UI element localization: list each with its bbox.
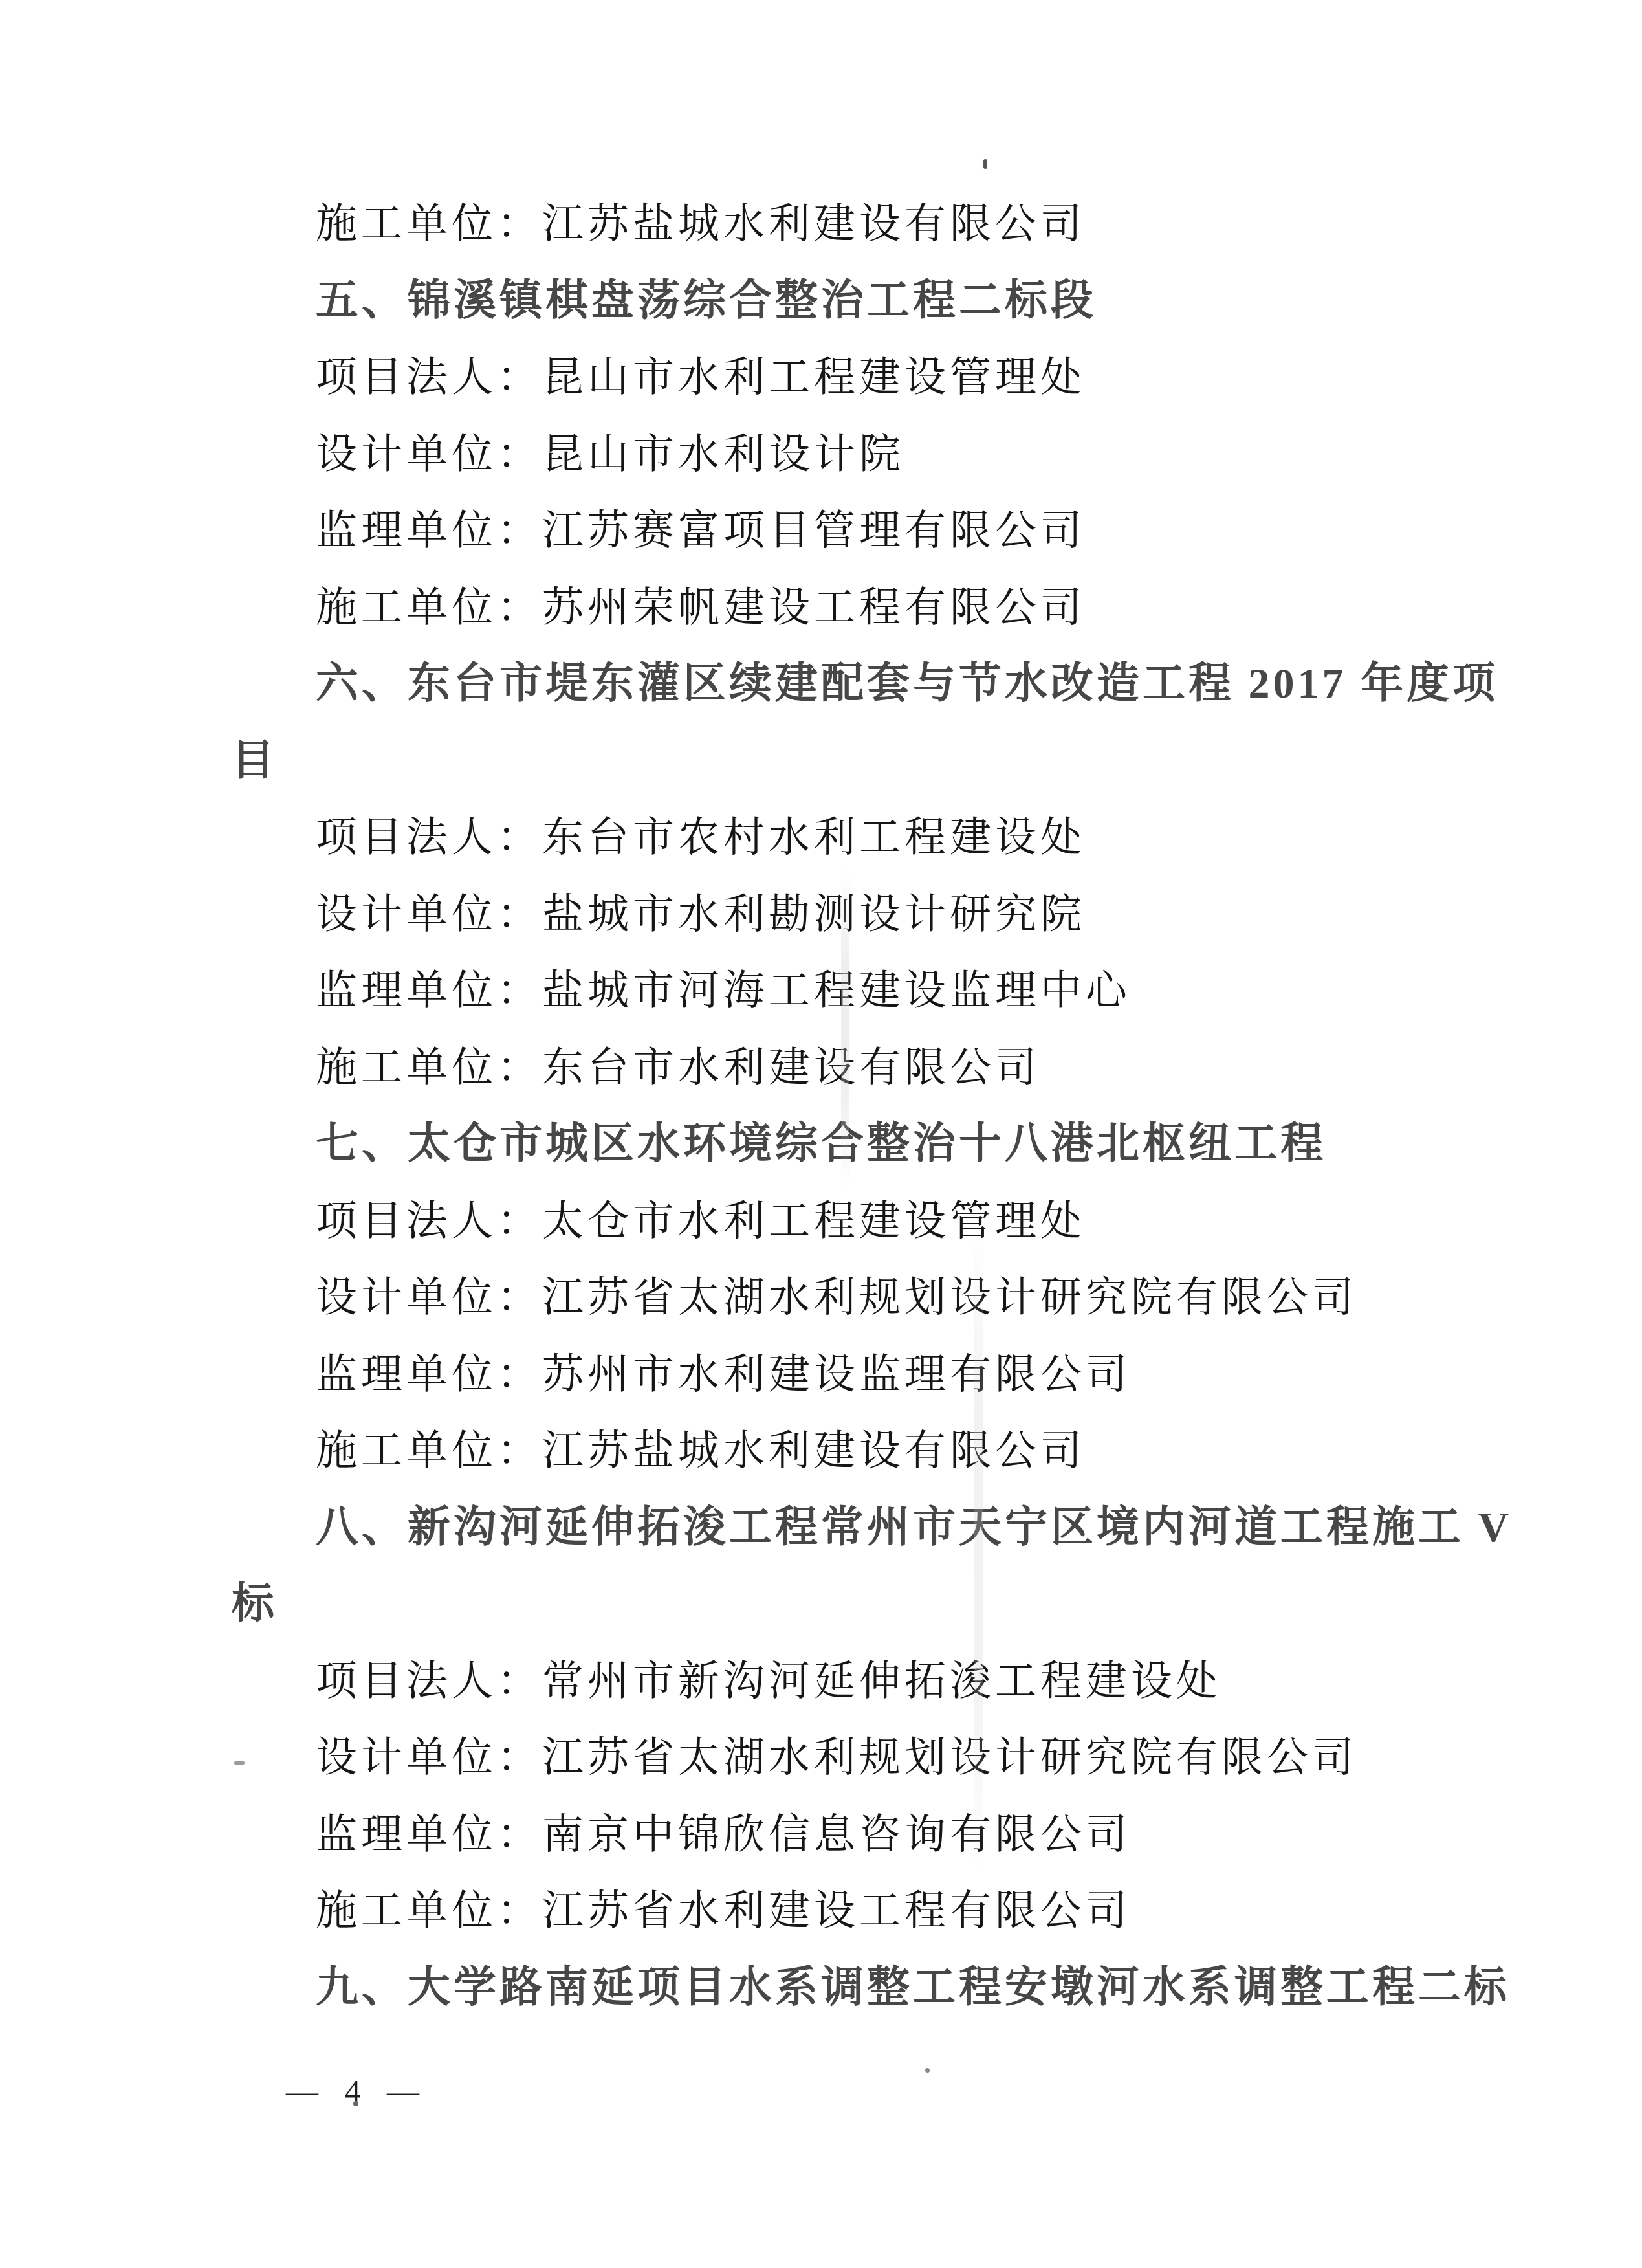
entry-line-construction-unit: 施工单位：江苏省水利建设工程有限公司 [232,1873,1564,1950]
scan-speck-artifact [925,2068,930,2073]
section-6-heading-continuation: 目 [232,723,1564,800]
section-8-heading-continuation: 标 [232,1566,1564,1643]
section-5-heading: 五、锦溪镇棋盘荡综合整治工程二标段 [232,263,1564,340]
entry-line-supervision-unit: 监理单位：盐城市河海工程建设监理中心 [232,952,1564,1029]
entry-line-project-owner: 项目法人：东台市农村水利工程建设处 [232,799,1564,876]
scan-speck-artifact [353,2101,358,2106]
entry-line-project-owner: 项目法人：昆山市水利工程建设管理处 [232,339,1564,416]
entry-line-design-unit: 设计单位：江苏省太湖水利规划设计研究院有限公司 [232,1259,1564,1336]
entry-line-supervision-unit: 监理单位：苏州市水利建设监理有限公司 [232,1336,1564,1413]
scan-speck-artifact [234,1761,245,1765]
entry-line-design-unit: 设计单位：盐城市水利勘测设计研究院 [232,876,1564,953]
section-8-heading: 八、新沟河延伸拓浚工程常州市天宁区境内河道工程施工 V [232,1490,1564,1567]
page-number: — 4 — [286,2059,428,2124]
scanned-document-page: 施工单位：江苏盐城水利建设有限公司 五、锦溪镇棋盘荡综合整治工程二标段 项目法人… [0,0,1642,2268]
section-6-heading: 六、东台市堤东灌区续建配套与节水改造工程 2017 年度项 [232,646,1564,723]
document-body: 施工单位：江苏盐城水利建设有限公司 五、锦溪镇棋盘荡综合整治工程二标段 项目法人… [232,186,1564,2026]
entry-line-project-owner: 项目法人：常州市新沟河延伸拓浚工程建设处 [232,1643,1564,1720]
entry-line-construction-unit: 施工单位：东台市水利建设有限公司 [232,1029,1564,1106]
entry-line-supervision-unit: 监理单位：南京中锦欣信息咨询有限公司 [232,1796,1564,1873]
scan-streak-artifact [841,867,849,1191]
carryover-entry-line: 施工单位：江苏盐城水利建设有限公司 [232,186,1564,263]
entry-line-design-unit: 设计单位：昆山市水利设计院 [232,416,1564,493]
entry-line-construction-unit: 施工单位：苏州荣帆建设工程有限公司 [232,569,1564,646]
entry-line-supervision-unit: 监理单位：江苏赛富项目管理有限公司 [232,492,1564,569]
section-9-heading: 九、大学路南延项目水系调整工程安墩河水系调整工程二标 [232,1950,1564,2027]
section-7-heading: 七、太仓市城区水环境综合整治十八港北枢纽工程 [232,1106,1564,1183]
scan-streak-artifact [974,1223,983,1877]
entry-line-construction-unit: 施工单位：江苏盐城水利建设有限公司 [232,1413,1564,1490]
scan-speck-artifact [983,159,987,169]
entry-line-design-unit: 设计单位：江苏省太湖水利规划设计研究院有限公司 [232,1719,1564,1796]
entry-line-project-owner: 项目法人：太仓市水利工程建设管理处 [232,1183,1564,1260]
